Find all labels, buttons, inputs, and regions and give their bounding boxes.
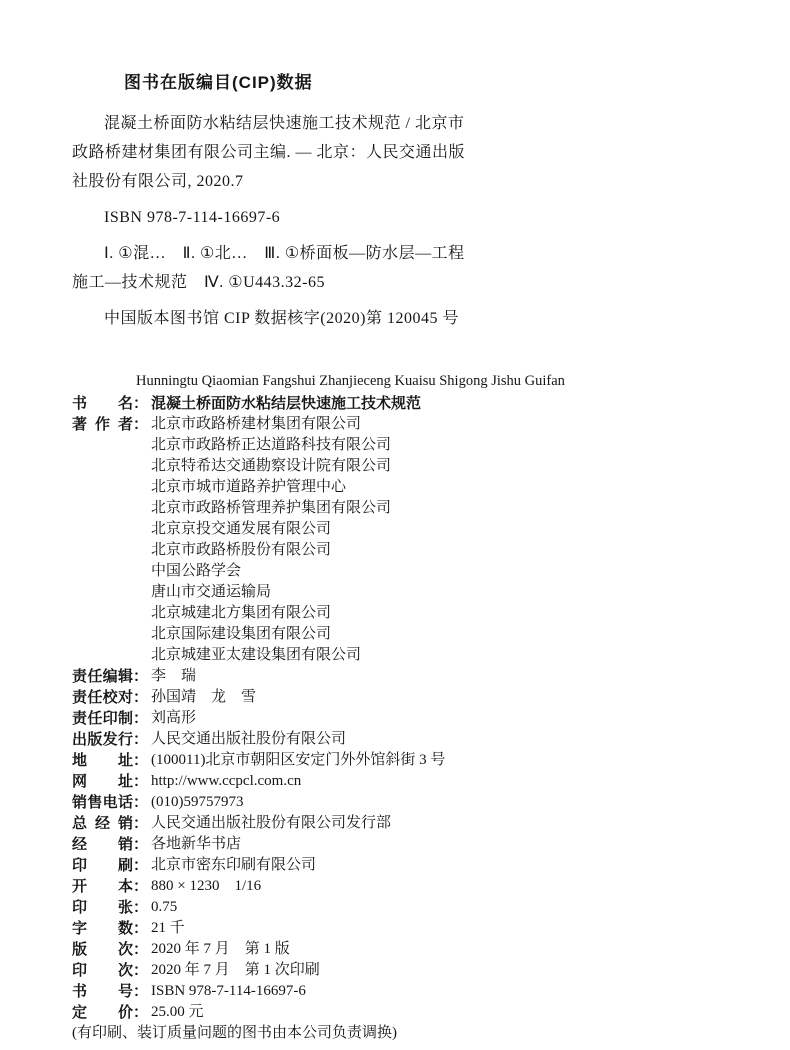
row-values: http://www.ccpcl.com.cn — [151, 771, 734, 792]
row-label: 地址 — [72, 750, 133, 771]
row-colon: ： — [133, 708, 151, 729]
row-colon: ： — [133, 750, 151, 771]
row-book-title: 书名：混凝土桥面防水粘结层快速施工技术规范 — [72, 393, 734, 414]
value-line: 北京城建北方集团有限公司 — [151, 603, 734, 624]
value-line: 孙国靖 龙 雪 — [151, 687, 734, 708]
cip-block: 图书在版编目(CIP)数据 混凝土桥面防水粘结层快速施工技术规范 / 北京市 政… — [72, 68, 734, 333]
row-values: 混凝土桥面防水粘结层快速施工技术规范 — [151, 393, 734, 414]
row-label: 总经销 — [72, 813, 133, 834]
row-book-number: 书号：ISBN 978-7-114-16697-6 — [72, 981, 734, 1002]
row-sales-phone: 销售电话：(010)59757973 — [72, 792, 734, 813]
value-line: 北京京投交通发展有限公司 — [151, 519, 734, 540]
row-values: 北京市密东印刷有限公司 — [151, 855, 734, 876]
value-line: 北京市城市道路养护管理中心 — [151, 477, 734, 498]
cip-description-line: 混凝土桥面防水粘结层快速施工技术规范 / 北京市 — [72, 109, 734, 138]
cip-isbn-line: ISBN 978-7-114-16697-6 — [72, 203, 734, 232]
page-content: 图书在版编目(CIP)数据 混凝土桥面防水粘结层快速施工技术规范 / 北京市 政… — [72, 68, 734, 1044]
row-colon: ： — [133, 393, 151, 414]
row-values: 880 × 1230 1/16 — [151, 876, 734, 897]
value-line: 李 瑞 — [151, 666, 734, 687]
row-label: 著作者 — [72, 414, 133, 666]
row-label: 出版发行 — [72, 729, 133, 750]
row-colon: ： — [133, 834, 151, 855]
value-line: 北京城建亚太建设集团有限公司 — [151, 645, 734, 666]
row-colon: ： — [133, 771, 151, 792]
row-values: (010)59757973 — [151, 792, 734, 813]
title-pinyin: Hunningtu Qiaomian Fangshui Zhanjieceng … — [136, 371, 734, 392]
cip-heading: 图书在版编目(CIP)数据 — [124, 68, 734, 93]
row-label: 版次 — [72, 939, 133, 960]
cip-classification-line: 施工—技术规范 Ⅳ. ①U443.32-65 — [72, 268, 734, 297]
row-colon: ： — [133, 855, 151, 876]
value-line: 混凝土桥面防水粘结层快速施工技术规范 — [151, 393, 734, 414]
row-label: 经销 — [72, 834, 133, 855]
row-label: 印刷 — [72, 855, 133, 876]
row-format: 开本：880 × 1230 1/16 — [72, 876, 734, 897]
value-line: 2020 年 7 月 第 1 版 — [151, 939, 734, 960]
row-values: ISBN 978-7-114-16697-6 — [151, 981, 734, 1002]
spacer — [72, 297, 734, 304]
row-label: 印张 — [72, 897, 133, 918]
row-responsible-printer: 责任印制：刘高形 — [72, 708, 734, 729]
row-values: 人民交通出版社股份有限公司发行部 — [151, 813, 734, 834]
value-line: ISBN 978-7-114-16697-6 — [151, 981, 734, 1002]
value-line: 880 × 1230 1/16 — [151, 876, 734, 897]
row-website: 网址：http://www.ccpcl.com.cn — [72, 771, 734, 792]
value-line: 北京国际建设集团有限公司 — [151, 624, 734, 645]
row-values: 0.75 — [151, 897, 734, 918]
row-values: 孙国靖 龙 雪 — [151, 687, 734, 708]
copyright-page: 图书在版编目(CIP)数据 混凝土桥面防水粘结层快速施工技术规范 / 北京市 政… — [0, 0, 790, 1050]
value-line: (010)59757973 — [151, 792, 734, 813]
value-line: 2020 年 7 月 第 1 次印刷 — [151, 960, 734, 981]
row-colon: ： — [133, 687, 151, 708]
quality-exchange-note: (有印刷、装订质量问题的图书由本公司负责调换) — [72, 1023, 734, 1044]
value-line: 人民交通出版社股份有限公司 — [151, 729, 734, 750]
row-address: 地址：(100011)北京市朝阳区安定门外外馆斜街 3 号 — [72, 750, 734, 771]
value-line: 北京市密东印刷有限公司 — [151, 855, 734, 876]
value-line: 中国公路学会 — [151, 561, 734, 582]
row-values: 2020 年 7 月 第 1 次印刷 — [151, 960, 734, 981]
row-edition: 版次：2020 年 7 月 第 1 版 — [72, 939, 734, 960]
colophon-block: Hunningtu Qiaomian Fangshui Zhanjieceng … — [72, 371, 734, 1044]
row-label: 书名 — [72, 393, 133, 414]
row-publisher: 出版发行：人民交通出版社股份有限公司 — [72, 729, 734, 750]
value-line: 25.00 元 — [151, 1002, 734, 1023]
cip-description-line: 社股份有限公司, 2020.7 — [72, 167, 734, 196]
value-line: 21 千 — [151, 918, 734, 939]
row-label: 字数 — [72, 918, 133, 939]
row-values: 25.00 元 — [151, 1002, 734, 1023]
row-colon: ： — [133, 414, 151, 666]
row-impression: 印次：2020 年 7 月 第 1 次印刷 — [72, 960, 734, 981]
row-colon: ： — [133, 876, 151, 897]
value-line: 北京市政路桥股份有限公司 — [151, 540, 734, 561]
row-values: 2020 年 7 月 第 1 版 — [151, 939, 734, 960]
cip-classification-line: Ⅰ. ①混… Ⅱ. ①北… Ⅲ. ①桥面板—防水层—工程 — [72, 239, 734, 268]
row-responsible-editor: 责任编辑：李 瑞 — [72, 666, 734, 687]
spacer — [72, 196, 734, 203]
row-responsible-proofreader: 责任校对：孙国靖 龙 雪 — [72, 687, 734, 708]
row-label: 开本 — [72, 876, 133, 897]
row-colon: ： — [133, 729, 151, 750]
row-word-count: 字数：21 千 — [72, 918, 734, 939]
cip-record-line: 中国版本图书馆 CIP 数据核字(2020)第 120045 号 — [72, 304, 734, 333]
row-label: 责任校对 — [72, 687, 133, 708]
value-line: 北京市政路桥正达道路科技有限公司 — [151, 435, 734, 456]
row-colon: ： — [133, 897, 151, 918]
row-colon: ： — [133, 792, 151, 813]
row-colon: ： — [133, 1002, 151, 1023]
row-authors: 著作者：北京市政路桥建材集团有限公司北京市政路桥正达道路科技有限公司北京特希达交… — [72, 414, 734, 666]
row-colon: ： — [133, 960, 151, 981]
value-line: 北京市政路桥管理养护集团有限公司 — [151, 498, 734, 519]
value-line: http://www.ccpcl.com.cn — [151, 771, 734, 792]
value-line: (100011)北京市朝阳区安定门外外馆斜街 3 号 — [151, 750, 734, 771]
row-colon: ： — [133, 813, 151, 834]
row-values: 北京市政路桥建材集团有限公司北京市政路桥正达道路科技有限公司北京特希达交通勘察设… — [151, 414, 734, 666]
row-values: (100011)北京市朝阳区安定门外外馆斜街 3 号 — [151, 750, 734, 771]
value-line: 唐山市交通运输局 — [151, 582, 734, 603]
row-general-distributor: 总经销：人民交通出版社股份有限公司发行部 — [72, 813, 734, 834]
colophon-rows: 书名：混凝土桥面防水粘结层快速施工技术规范著作者：北京市政路桥建材集团有限公司北… — [72, 393, 734, 1023]
row-price: 定价：25.00 元 — [72, 1002, 734, 1023]
value-line: 0.75 — [151, 897, 734, 918]
value-line: 人民交通出版社股份有限公司发行部 — [151, 813, 734, 834]
row-values: 刘高形 — [151, 708, 734, 729]
row-values: 21 千 — [151, 918, 734, 939]
row-values: 人民交通出版社股份有限公司 — [151, 729, 734, 750]
row-label: 印次 — [72, 960, 133, 981]
row-label: 网址 — [72, 771, 133, 792]
row-label: 书号 — [72, 981, 133, 1002]
row-colon: ： — [133, 939, 151, 960]
row-values: 各地新华书店 — [151, 834, 734, 855]
row-values: 李 瑞 — [151, 666, 734, 687]
row-label: 销售电话 — [72, 792, 133, 813]
value-line: 刘高形 — [151, 708, 734, 729]
row-printing-house: 印刷：北京市密东印刷有限公司 — [72, 855, 734, 876]
row-distributor: 经销：各地新华书店 — [72, 834, 734, 855]
row-colon: ： — [133, 981, 151, 1002]
value-line: 北京特希达交通勘察设计院有限公司 — [151, 456, 734, 477]
value-line: 北京市政路桥建材集团有限公司 — [151, 414, 734, 435]
value-line: 各地新华书店 — [151, 834, 734, 855]
spacer — [72, 232, 734, 239]
row-label: 责任编辑 — [72, 666, 133, 687]
row-printed-sheets: 印张：0.75 — [72, 897, 734, 918]
row-colon: ： — [133, 666, 151, 687]
cip-description-line: 政路桥建材集团有限公司主编. — 北京：人民交通出版 — [72, 138, 734, 167]
row-label: 责任印制 — [72, 708, 133, 729]
row-label: 定价 — [72, 1002, 133, 1023]
row-colon: ： — [133, 918, 151, 939]
